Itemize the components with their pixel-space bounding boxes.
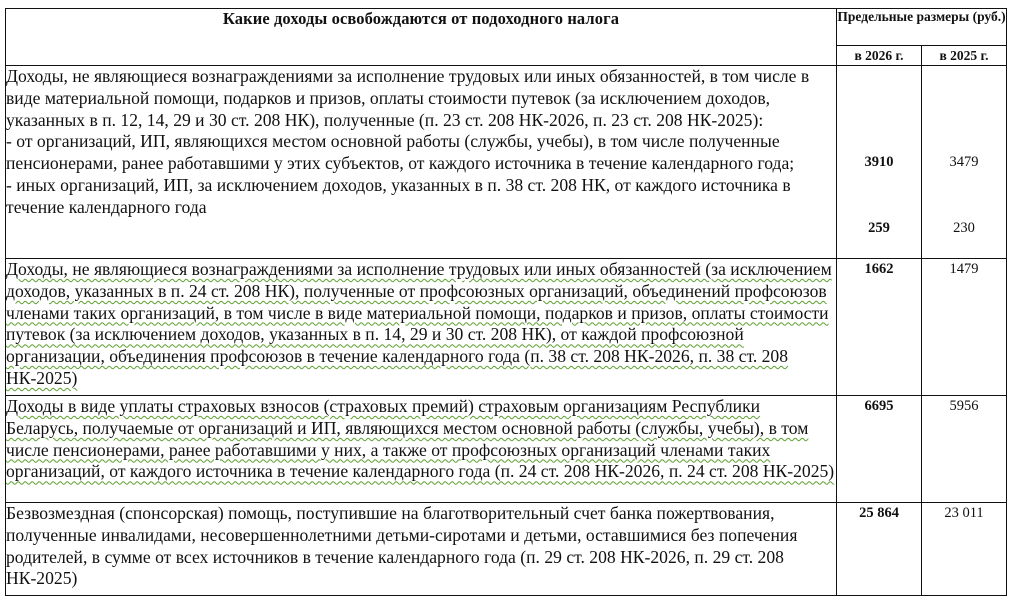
row-text: Безвозмездная (спонсорская) помощь, пост… — [6, 503, 836, 590]
value-2026: 25 864 — [837, 503, 922, 596]
value-2025: 1479 — [922, 259, 1007, 396]
value-2026: 1662 — [837, 259, 922, 396]
table-row: Доходы, не являющиеся вознаграждениями з… — [6, 66, 1007, 259]
value-2025-cell: 3479 230 — [922, 66, 1007, 259]
value-2026: 3910 — [837, 152, 921, 172]
value-2026: 259 — [837, 218, 921, 238]
table-row: Безвозмездная (спонсорская) помощь, пост… — [6, 503, 1007, 596]
row-sub-item: - иных организаций, ИП, за исключением д… — [6, 175, 836, 219]
value-2025: 230 — [922, 218, 1006, 238]
income-exemption-table: Какие доходы освобождаются от подоходног… — [5, 8, 1007, 596]
row-description: Безвозмездная (спонсорская) помощь, пост… — [6, 503, 837, 596]
table-row: Доходы, не являющиеся вознаграждениями з… — [6, 259, 1007, 396]
header-limits: Предельные размеры (руб.) — [837, 9, 1007, 46]
row-description: Доходы, не являющиеся вознаграждениями з… — [6, 66, 837, 259]
row-intro: Доходы, не являющиеся вознаграждениями з… — [6, 66, 836, 131]
table-row: Доходы в виде уплаты страховых взносов (… — [6, 396, 1007, 503]
header-year-2025: в 2025 г. — [922, 46, 1007, 66]
value-2025: 5956 — [922, 396, 1007, 503]
value-2026: 6695 — [837, 396, 922, 503]
header-title: Какие доходы освобождаются от подоходног… — [6, 9, 837, 66]
row-sub-item: - от организаций, ИП, являющихся местом … — [6, 131, 836, 175]
header-row: Какие доходы освобождаются от подоходног… — [6, 9, 1007, 46]
value-2025: 23 011 — [922, 503, 1007, 596]
row-description: Доходы, не являющиеся вознаграждениями з… — [6, 259, 837, 396]
header-year-2026: в 2026 г. — [837, 46, 922, 66]
row-description: Доходы в виде уплаты страховых взносов (… — [6, 396, 837, 503]
row-text: Доходы в виде уплаты страховых взносов (… — [6, 396, 836, 483]
row-text: Доходы, не являющиеся вознаграждениями з… — [6, 259, 836, 390]
value-2025: 3479 — [922, 152, 1006, 172]
value-2026-cell: 3910 259 — [837, 66, 922, 259]
